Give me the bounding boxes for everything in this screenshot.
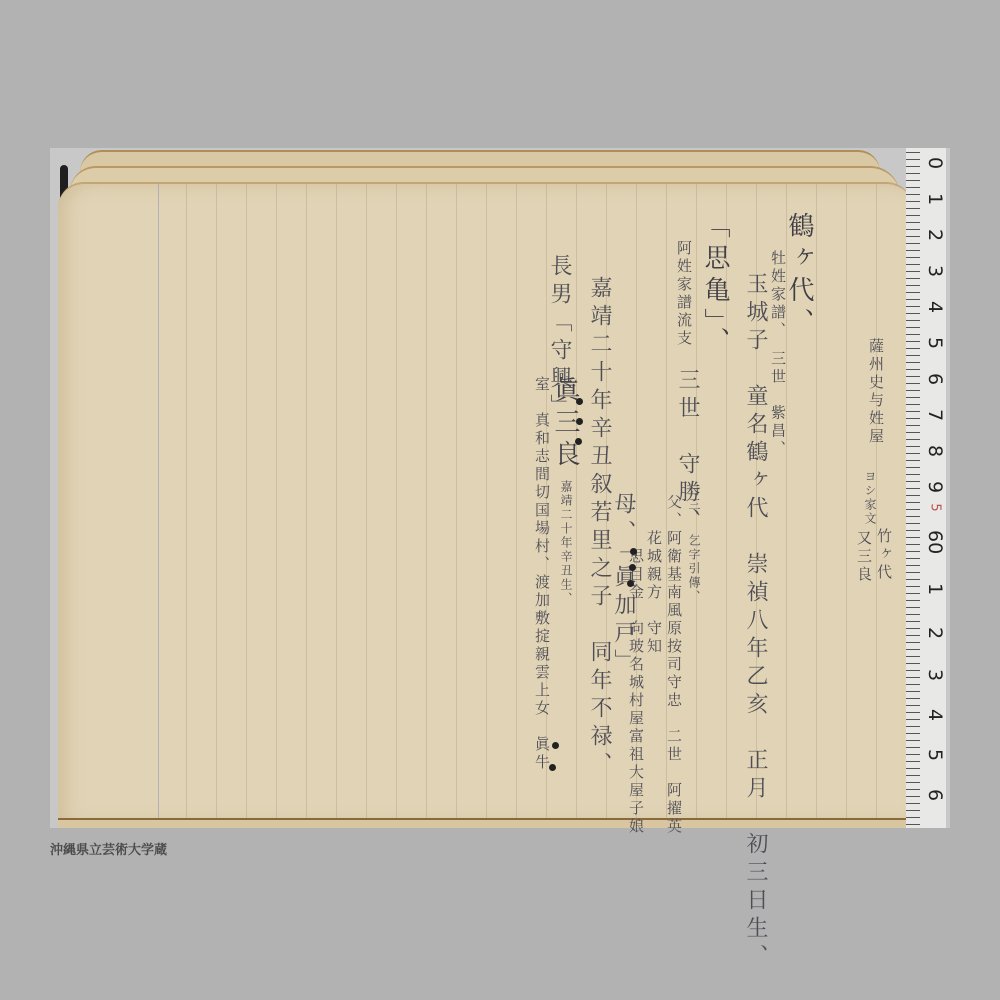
ruler-mark: 9 (924, 476, 946, 498)
ruled-line (276, 184, 277, 824)
ink-dot (549, 764, 556, 771)
text-column: 竹ヶ代 (876, 528, 891, 582)
text-column: 薩州史与姓屋 (868, 338, 883, 446)
text-column: 花城親方 守知 (646, 530, 661, 656)
text-column: 嘉靖二十年辛丑生、 (560, 480, 572, 606)
ink-dot (627, 580, 634, 587)
collection-credit-caption: 沖縄県立芸術大学蔵 (50, 839, 167, 858)
ruler-mark: 8 (924, 440, 946, 462)
text-column: ヨシ家文 (864, 470, 876, 526)
ink-dot (629, 564, 636, 571)
ruled-line (516, 184, 517, 824)
ruler-mark: 4 (924, 704, 946, 726)
ruler-mark: 5 (924, 332, 946, 354)
page-edge-bottom (58, 818, 914, 828)
ink-dot (630, 548, 637, 555)
text-column: 室 真和志間切国場村、渡加敷掟親雲上女 眞牛 (534, 376, 549, 772)
ruler-mark: 2 (924, 622, 946, 644)
ink-dot (576, 418, 583, 425)
ruler-mark: 1 (924, 578, 946, 600)
ruled-line (456, 184, 457, 824)
margin-line (158, 184, 159, 824)
ruled-line (396, 184, 397, 824)
ink-dot (575, 438, 582, 445)
text-column: 眞三良 (552, 376, 578, 472)
ruler-mark: 7 (924, 404, 946, 426)
ruled-line (336, 184, 337, 824)
ruler-mark: 4 (924, 296, 946, 318)
ruler-mark: 6 (924, 784, 946, 806)
text-column: 思目金 向玻名城村屋富祖大屋子娘 (628, 548, 643, 836)
ruled-line (846, 184, 847, 824)
ruler-mark: 6 (924, 368, 946, 390)
measuring-ruler: 0 1 2 3 4 5 6 7 8 9 5 60 1 2 3 4 5 6 (906, 148, 946, 828)
ruler-mark: 2 (924, 224, 946, 246)
text-column: 玉城子 童名鶴ヶ代 崇禎八年乙亥 正月 初三日生、 (744, 272, 766, 972)
text-column: 又三良 (856, 530, 871, 584)
ruled-line (426, 184, 427, 824)
ruled-line (186, 184, 187, 824)
ruled-line (486, 184, 487, 824)
ruler-mark-red: 5 (928, 497, 943, 519)
text-column: 鶴ヶ代、 (786, 212, 812, 340)
ruled-line (246, 184, 247, 824)
ruled-line (816, 184, 817, 824)
text-column: 父、阿衛基南風原按司守忠 二世 阿擢英 (666, 494, 681, 836)
ink-dot (576, 398, 583, 405)
ruler-mark: 3 (924, 664, 946, 686)
ruled-line (366, 184, 367, 824)
ruler-mark: 5 (924, 744, 946, 766)
ruler-mark: 3 (924, 260, 946, 282)
ruler-mark: 1 (924, 188, 946, 210)
ruler-mark: 60 (924, 530, 946, 552)
ink-dot (552, 742, 559, 749)
text-column: 阿姓家譜流支 (676, 240, 691, 348)
text-column: 行三、 乞字引傳、 (688, 484, 700, 604)
ruled-line (216, 184, 217, 824)
ruled-line (306, 184, 307, 824)
ruler-mark: 0 (924, 152, 946, 174)
text-column: 牡姓家譜、 三世 紫昌、 (770, 250, 785, 459)
text-column: 嘉靖二十年辛丑叙若里之子 同年不禄、 (588, 276, 610, 780)
ruled-line (576, 184, 577, 824)
text-column: 「思亀」、 (702, 212, 728, 359)
